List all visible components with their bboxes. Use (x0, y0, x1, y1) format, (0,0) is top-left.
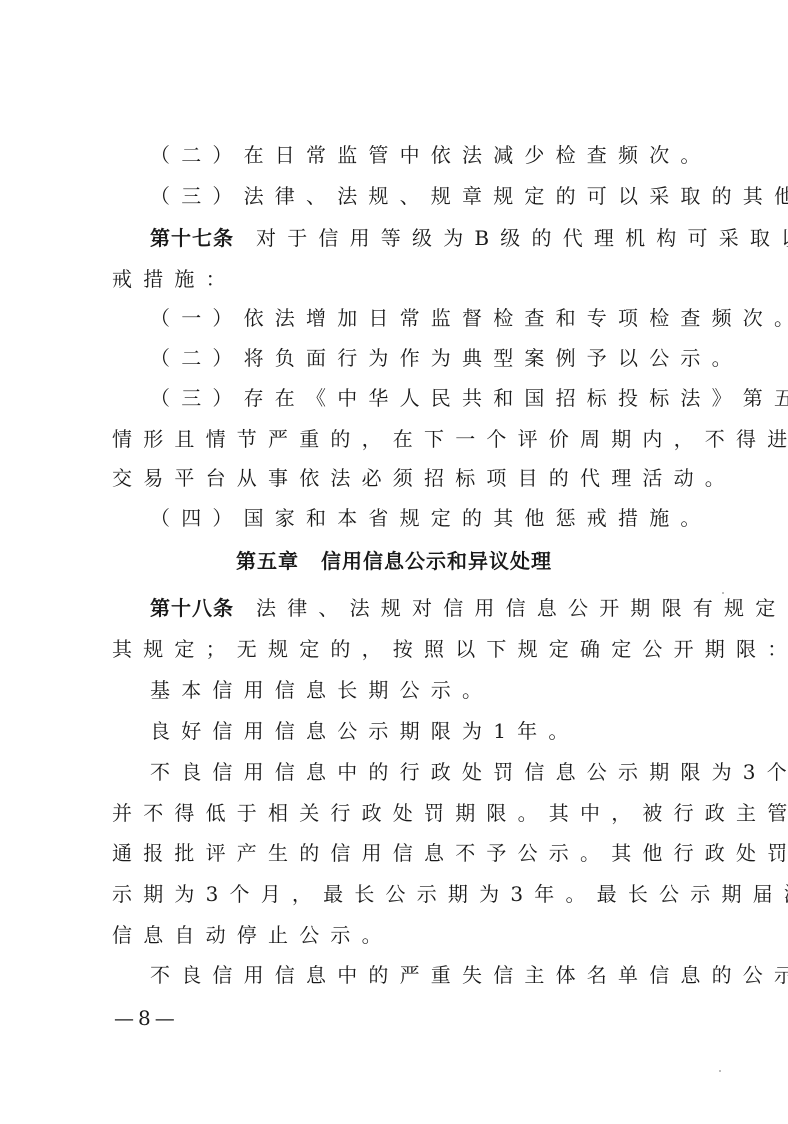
paragraph-line: 不良信用信息中的严重失信主体名单信息的公示期限遵循 (150, 961, 730, 989)
paragraph-line: （三）存在《中华人民共和国招标投标法》第五十条相关 (150, 384, 730, 412)
scan-artifact-dot (722, 592, 724, 594)
paragraph-line: （三）法律、法规、规章规定的可以采取的其他激励措施。 (150, 182, 730, 210)
paragraph-line: 交易平台从事依法必须招标项目的代理活动。 (112, 464, 692, 492)
paragraph-line: （四）国家和本省规定的其他惩戒措施。 (150, 504, 730, 532)
chapter-title: 信用信息公示和异议处理 (321, 549, 552, 573)
paragraph-line: 信息自动停止公示。 (112, 921, 692, 949)
paragraph-line: 情形且情节严重的，在下一个评价周期内，不得进入公共资源 (112, 425, 692, 453)
page-number: —8— (114, 1004, 179, 1032)
article-18-line: 第十八条法律、法规对信用信息公开期限有规定的，从 (150, 594, 730, 622)
article-18-heading: 第十八条 (150, 596, 234, 620)
document-page: （二）在日常监管中依法减少检查频次。 （三）法律、法规、规章规定的可以采取的其他… (0, 0, 788, 1124)
paragraph-line: 并不得低于相关行政处罚期限。其中，被行政主管部门警告、 (112, 799, 692, 827)
article-17-line: 第十七条对于信用等级为B级的代理机构可采取以下惩 (150, 224, 730, 252)
article-18-text: 法律、法规对信用信息公开期限有规定的，从 (256, 596, 788, 620)
paragraph-line: （二）在日常监管中依法减少检查频次。 (150, 141, 730, 169)
scan-artifact-dot (719, 1070, 721, 1072)
paragraph-line: 示期为3个月，最长公示期为3年。最长公示期届满后，相关 (112, 880, 692, 908)
paragraph-line: 不良信用信息中的行政处罚信息公示期限为3个月至3年， (150, 758, 730, 786)
paragraph-line: 戒措施： (112, 265, 692, 293)
paragraph-line: 良好信用信息公示期限为1年。 (150, 717, 730, 745)
paragraph-line: （二）将负面行为作为典型案例予以公示。 (150, 344, 730, 372)
chapter-heading: 第五章信用信息公示和异议处理 (0, 547, 788, 575)
article-17-text: 对于信用等级为B级的代理机构可采取以下惩 (256, 226, 788, 250)
paragraph-line: 通报批评产生的信用信息不予公示。其他行政处罚信息最短公 (112, 839, 692, 867)
paragraph-line: 其规定；无规定的，按照以下规定确定公开期限： (112, 635, 692, 663)
article-17-heading: 第十七条 (150, 226, 234, 250)
paragraph-line: 基本信用信息长期公示。 (150, 676, 730, 704)
paragraph-line: （一）依法增加日常监督检查和专项检查频次。 (150, 304, 730, 332)
chapter-number: 第五章 (236, 549, 299, 573)
